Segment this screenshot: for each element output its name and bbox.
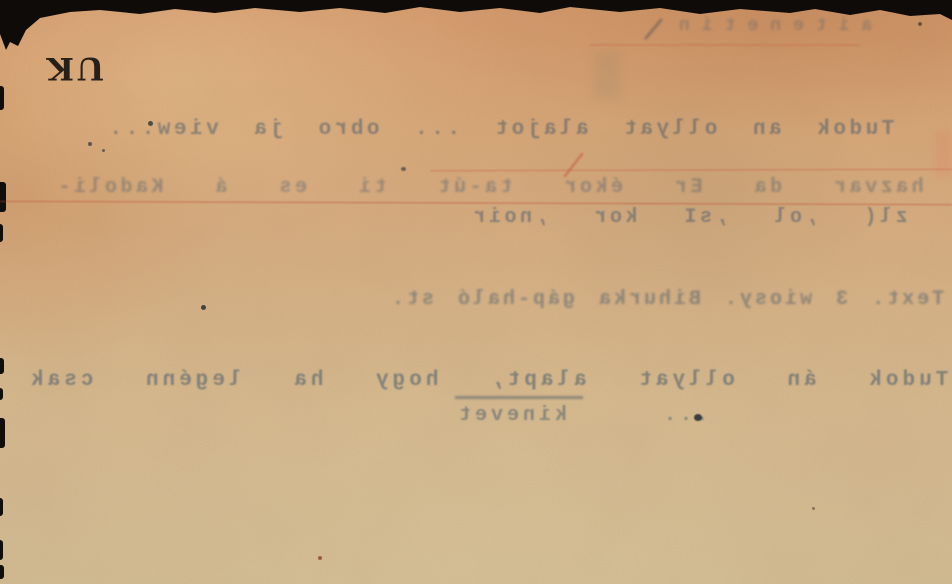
ink-speck xyxy=(201,305,206,310)
bleedthrough-line-2: hazvar da Er ékor ta-út ti es á Kadoli- xyxy=(55,176,924,199)
scan-edge-mark xyxy=(0,418,5,448)
ink-blob xyxy=(694,414,702,421)
dirt-speck xyxy=(918,22,922,26)
pen-stroke xyxy=(644,18,663,40)
ruled-line xyxy=(0,200,952,205)
scan-edge-mark xyxy=(0,224,3,242)
bleedthrough-header: aitenetin xyxy=(667,16,872,36)
bleedthrough-line-4: Text. 3 wiosy. Bihurka gáp-haló st. xyxy=(389,288,944,311)
dirt-speck xyxy=(812,507,815,510)
typed-underline xyxy=(455,396,583,399)
scanned-card: UK aitenetin Tudok an ollyat alajot ... … xyxy=(0,0,952,584)
ink-speck xyxy=(88,142,92,146)
scan-edge-mark xyxy=(0,388,3,400)
bleedthrough-line-5: Tudok án ollyat alapt, hogy ha legénn cs… xyxy=(27,369,948,392)
bleedthrough-line-6: ... kinevet xyxy=(455,404,708,427)
scan-edge-mark xyxy=(0,182,6,212)
gray-smudge xyxy=(594,52,620,98)
ruled-line-fragment xyxy=(430,168,952,171)
red-smudge xyxy=(935,130,952,176)
ink-speck xyxy=(148,121,153,126)
scan-edge-mark xyxy=(0,358,4,374)
scan-edge-mark xyxy=(0,540,3,560)
scan-edge-mark xyxy=(0,565,4,579)
bleedthrough-line-1: Tudok an ollyat alajot ... obro ja view.… xyxy=(106,118,894,141)
bleedthrough-line-3: zl( ,ol ,sI kor ,noir xyxy=(470,206,908,229)
red-scratch xyxy=(563,152,584,177)
uk-stamp: UK xyxy=(44,50,104,86)
ink-speck xyxy=(401,167,406,171)
rust-speck xyxy=(318,556,322,560)
ruled-line-fragment xyxy=(590,44,860,46)
scan-edge-mark xyxy=(0,498,3,516)
scan-edge-mark xyxy=(0,86,4,110)
ink-speck xyxy=(102,149,105,152)
